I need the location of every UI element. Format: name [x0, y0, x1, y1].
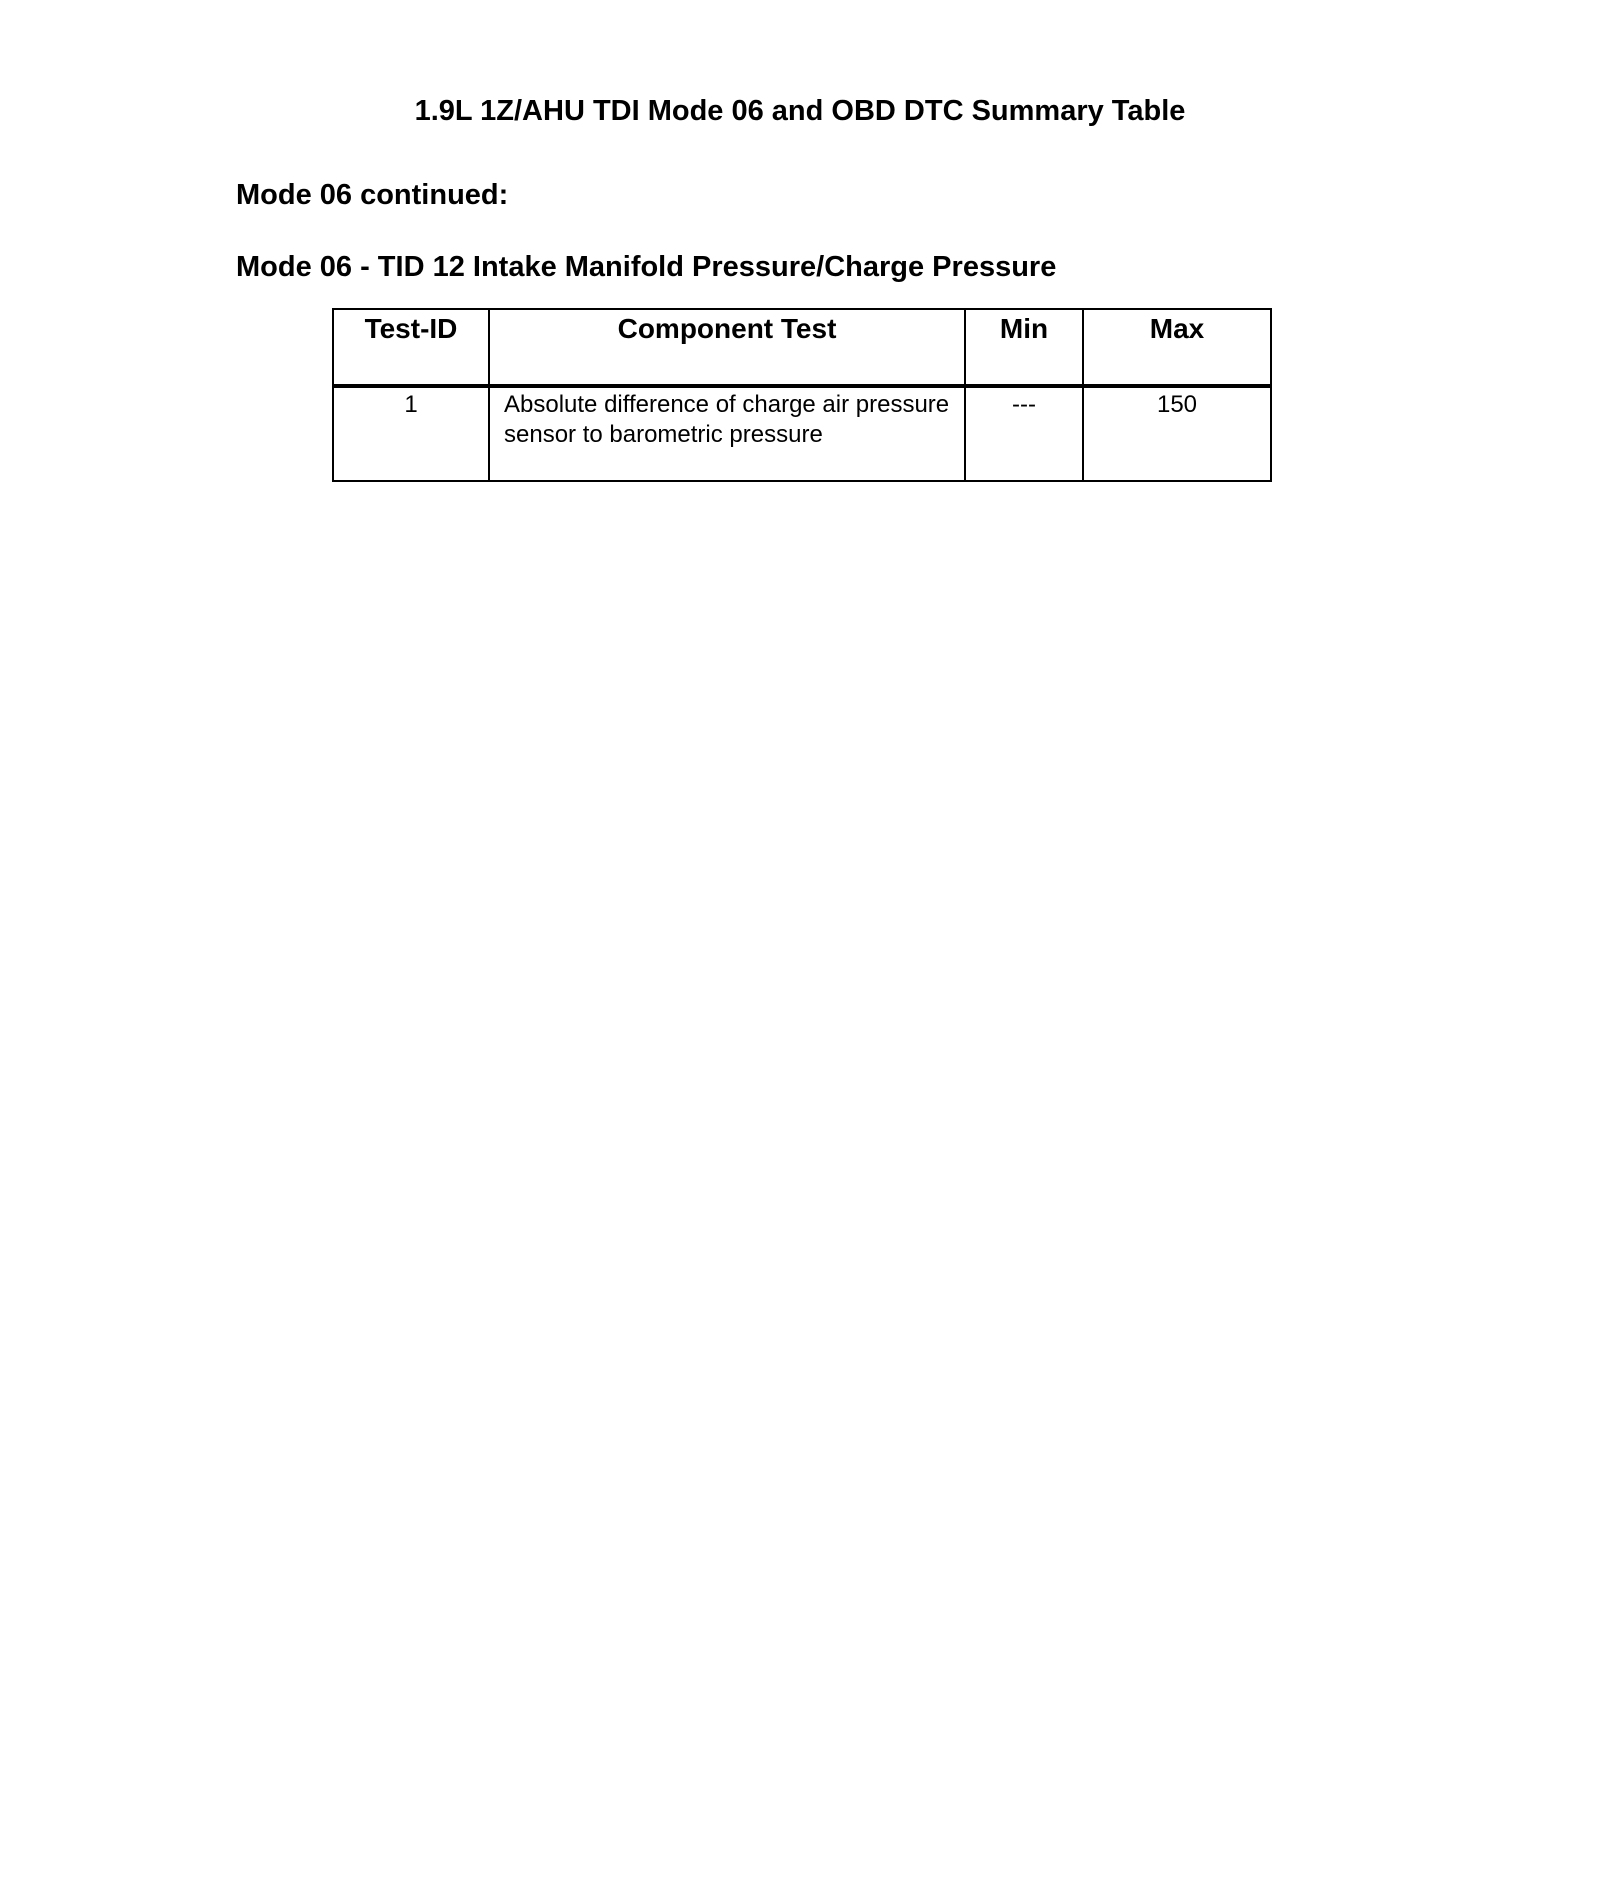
- header-component-test: Component Test: [489, 309, 965, 386]
- header-max: Max: [1083, 309, 1271, 386]
- cell-max: 150: [1083, 386, 1271, 481]
- subheading: Mode 06 continued:: [236, 176, 508, 214]
- mode06-tid12-table: Test-ID Component Test Min Max 1 Absolut…: [332, 308, 1272, 482]
- header-min: Min: [965, 309, 1083, 386]
- section-heading: Mode 06 - TID 12 Intake Manifold Pressur…: [236, 248, 1056, 286]
- table-header-row: Test-ID Component Test Min Max: [333, 309, 1271, 386]
- cell-test-id: 1: [333, 386, 489, 481]
- cell-component-test: Absolute difference of charge air pressu…: [489, 386, 965, 481]
- document-title: 1.9L 1Z/AHU TDI Mode 06 and OBD DTC Summ…: [0, 92, 1600, 130]
- table-row: 1 Absolute difference of charge air pres…: [333, 386, 1271, 481]
- header-test-id: Test-ID: [333, 309, 489, 386]
- cell-min: ---: [965, 386, 1083, 481]
